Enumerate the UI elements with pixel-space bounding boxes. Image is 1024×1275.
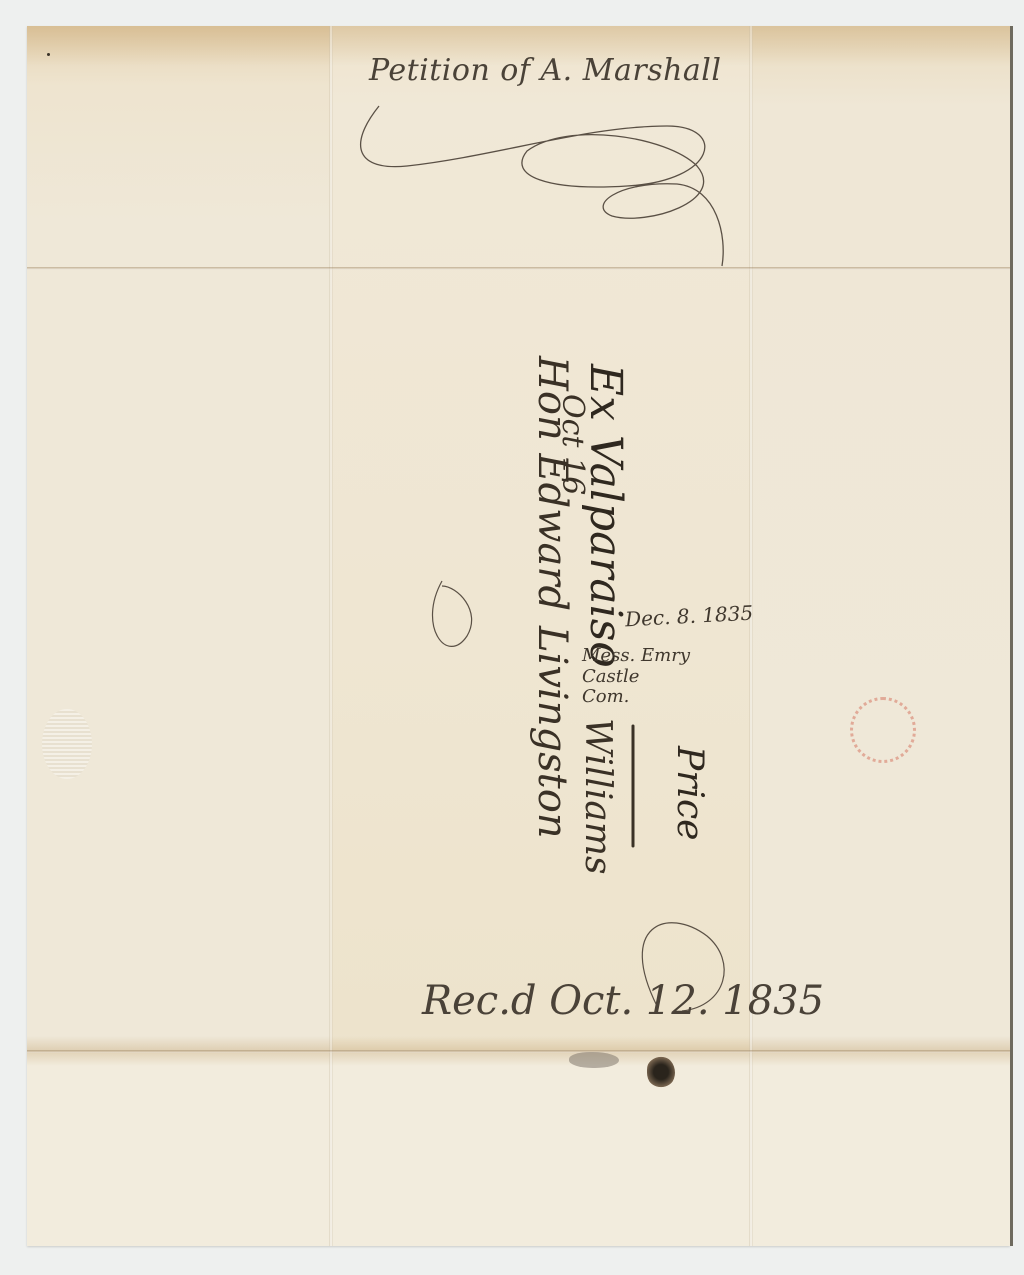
fold-line-vertical-right — [749, 26, 753, 1246]
fold-line-horizontal-bottom — [27, 1050, 1010, 1053]
address-line-5: Williams — [579, 718, 615, 875]
document-page: Petition of A. Marshall Ex Valparaiso Oc… — [27, 26, 1010, 1246]
bottom-flap — [27, 1050, 1010, 1246]
address-line-4: Livingston — [532, 626, 572, 839]
annotation-referral: Mess. Emry Castle Com. — [582, 646, 690, 708]
address-line-6: Price — [671, 746, 707, 840]
ink-blot — [647, 1056, 675, 1088]
annotation-date: Dec. 8. 1835 — [625, 603, 754, 630]
received-date: Rec.d Oct. 12. 1835 — [422, 981, 824, 1021]
docket-title: Petition of A. Marshall — [369, 56, 722, 86]
fold-line-horizontal-top — [27, 267, 1010, 270]
ink-speck — [47, 53, 50, 56]
fold-line-vertical-left — [329, 26, 333, 1246]
emboss-stamp-icon — [42, 709, 92, 779]
ink-smudge — [569, 1052, 619, 1068]
wax-seal-icon — [850, 697, 916, 763]
address-line-3: Hon Edward — [532, 356, 572, 611]
